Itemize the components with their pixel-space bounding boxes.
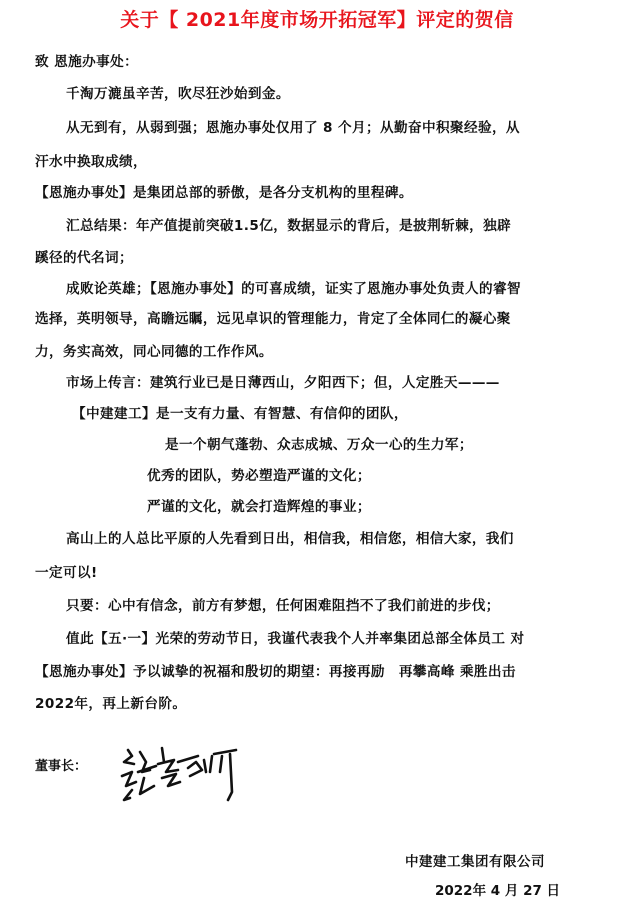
paragraph-line: 严谨的文化，就会打造辉煌的事业； <box>147 495 371 515</box>
paragraph-line: 市场上传言：建筑行业已是日薄西山，夕阳西下；但，人定胜天——— <box>66 371 500 391</box>
paragraph-line: 高山上的人总比平原的人先看到日出，相信我，相信您，相信大家，我们 <box>66 527 514 547</box>
signature-label: 董事长： <box>35 755 87 774</box>
paragraph-line: 从无到有，从弱到强；恩施办事处仅用了 8 个月；从勤奋中积聚经验，从 <box>66 116 520 136</box>
paragraph-line: 2022年，再上新台阶。 <box>35 692 186 712</box>
paragraph-line: 汇总结果：年产值提前突破1.5亿，数据显示的背后，是披荆斩棘，独辟 <box>66 214 511 234</box>
handwritten-signature-icon <box>118 742 248 814</box>
company-name: 中建建工集团有限公司 <box>405 850 545 870</box>
paragraph-line: 只要：心中有信念，前方有梦想，任何困难阻挡不了我们前进的步伐； <box>66 594 500 614</box>
paragraph-line: 【恩施办事处】是集团总部的骄傲，是各分支机构的里程碑。 <box>35 181 413 201</box>
paragraph-line: 蹊径的代名词； <box>35 246 133 266</box>
paragraph-line: 千淘万漉虽辛苦，吹尽狂沙始到金。 <box>66 82 290 102</box>
paragraph-line: 【恩施办事处】予以诚挚的祝福和殷切的期望：再接再励 再攀高峰 乘胜出击 <box>35 660 516 680</box>
letter-date: 2022年 4 月 27 日 <box>435 879 560 899</box>
paragraph-line: 汗水中换取成绩， <box>35 150 147 170</box>
letter-title: 关于【 2021年度市场开拓冠军】评定的贺信 <box>0 5 634 32</box>
paragraph-line: 优秀的团队，势必塑造严谨的文化； <box>147 464 371 484</box>
paragraph-line: 是一个朝气蓬勃、众志成城、万众一心的生力军； <box>165 433 473 453</box>
paragraph-line: 成败论英雄；【恩施办事处】的可喜成绩，证实了恩施办事处负责人的睿智 <box>66 277 521 297</box>
paragraph-line: 一定可以! <box>35 561 98 581</box>
paragraph-line: 【中建建工】是一支有力量、有智慧、有信仰的团队， <box>72 402 408 422</box>
paragraph-line: 选择，英明领导，高瞻远瞩，远见卓识的管理能力，肯定了全体同仁的凝心聚 <box>35 307 511 327</box>
salutation: 致 恩施办事处： <box>35 50 138 70</box>
paragraph-line: 值此【五·一】光荣的劳动节日，我谨代表我个人并率集团总部全体员工 对 <box>66 627 525 647</box>
paragraph-line: 力，务实高效，同心同德的工作作风。 <box>35 340 273 360</box>
